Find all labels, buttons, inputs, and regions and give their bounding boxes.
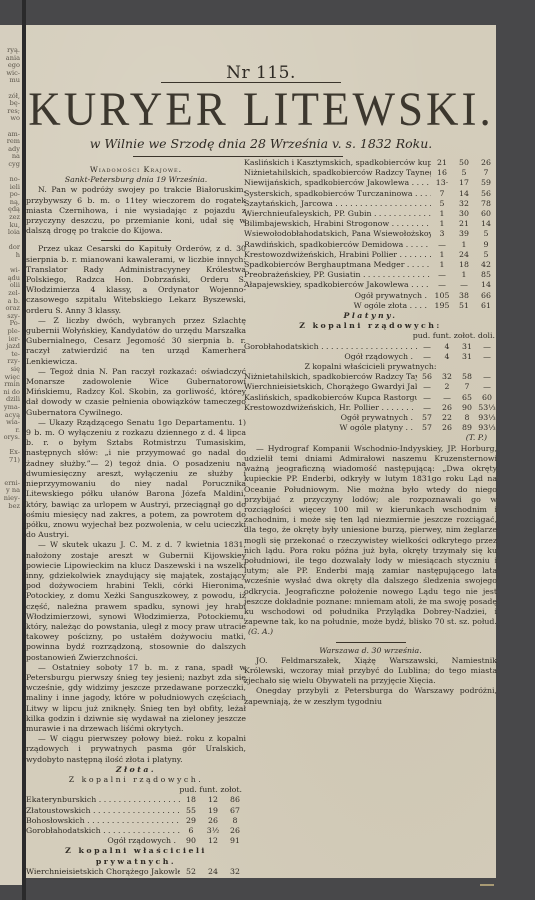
- article-paragraph: — Tegoż dnia N. Pan raczył rozkazać: ośw…: [26, 367, 246, 418]
- signature-tp: (T. P.): [244, 433, 497, 443]
- cell-funt: 50: [453, 158, 475, 168]
- cell-zolot: 31: [457, 352, 477, 362]
- issue-number: Nr 115.: [26, 63, 496, 83]
- table-row: Ogół rządowych .—431—: [244, 352, 497, 362]
- cell-pud: 195: [431, 301, 453, 311]
- cell-doli: 93⅓: [477, 423, 497, 433]
- article-paragraph: — Z liczby dwóch, wybranych przez Szlach…: [26, 316, 246, 367]
- cell-pud: —: [417, 382, 437, 392]
- cell-zolot: 90: [457, 403, 477, 413]
- cell-funt: 4: [437, 352, 457, 362]
- table-row: Niewijańskich, spadkobierców Jakowlewa13…: [244, 178, 497, 188]
- cell-pud: 57: [417, 413, 437, 423]
- cell-zolot: 85: [475, 270, 497, 280]
- table-row: Gorobłahodatskich63½26: [26, 826, 246, 836]
- strip-fragment: orys.: [0, 434, 20, 442]
- plat-units-header: pud. funt. zołot. doli.: [244, 331, 497, 341]
- cell-zolot: 8: [224, 816, 246, 826]
- article-paragraph: Onegday przybyli z Petersburga do Warsza…: [244, 686, 497, 706]
- adjacent-page-strip: ryą.aniaegowic-muzół,bę-res;woam-remadyn…: [0, 25, 22, 885]
- cell-funt: 51: [453, 301, 475, 311]
- cell-zolot: 56: [475, 189, 497, 199]
- cell-zolot: 31: [457, 342, 477, 352]
- cell-zolot: 89: [457, 423, 477, 433]
- cell-doli: —: [477, 342, 497, 352]
- masthead-rule-bottom: [133, 156, 343, 157]
- row-label: Bilimbajewskich, Hrabini Strogonow: [244, 219, 431, 229]
- left-column: Wiadomości Krajowe. Sankt-Petersburg dni…: [26, 165, 246, 877]
- row-label: Wierchnieisietskich Chorążego Jakowlewa: [26, 867, 180, 877]
- gold-heading: Złota.: [26, 765, 246, 775]
- newspaper-title: KURYER LITEWSKI.: [26, 84, 496, 134]
- cell-zolot: 8: [457, 413, 477, 423]
- table-row: Spadkobierców Berghauptmana Medger11842: [244, 260, 497, 270]
- row-label: Wierchnieisietskich, Chorążego Gwardyi J…: [244, 382, 417, 392]
- row-label: Wierchnieufaleyskich, PP. Gubin: [244, 209, 431, 219]
- article-paragraph: — W ciągu pierwszey połowy bież. roku z …: [26, 734, 246, 765]
- cell-doli: —: [477, 382, 497, 392]
- table-row: Bilimbajewskich, Hrabini Strogonow12114: [244, 219, 497, 229]
- gold-state-table: Ekaterynburskich181286Złatoustowskich551…: [26, 795, 246, 846]
- cell-pud: —: [417, 403, 437, 413]
- cell-zolot: 78: [475, 199, 497, 209]
- cell-funt: 2: [437, 382, 457, 392]
- cell-funt: 1: [453, 240, 475, 250]
- cell-funt: 39: [453, 229, 475, 239]
- cell-zolot: 14: [475, 280, 497, 290]
- cell-doli: —: [477, 372, 497, 382]
- cell-funt: 24: [202, 867, 224, 877]
- row-label: Kaslińskich i Kasztymskich, spadkobiercó…: [244, 158, 431, 168]
- cell-pud: 5: [431, 199, 453, 209]
- state-mines-heading: Z kopalni rządowych.: [26, 775, 246, 785]
- table-row: Krestowozdwiżeńskich, Hrabini Pollier124…: [244, 250, 497, 260]
- strip-fragment: bez: [0, 503, 20, 511]
- table-row: Wierchnieisietskich, Chorążego Gwardyi J…: [244, 382, 497, 392]
- cell-funt: 22: [437, 413, 457, 423]
- strip-fragment: wo: [0, 115, 20, 123]
- cell-funt: 14: [453, 189, 475, 199]
- row-label: Ogół rządowych .: [244, 352, 417, 362]
- cell-zolot: 86: [224, 795, 246, 805]
- cell-zolot: 66: [475, 291, 497, 301]
- table-row: Ałapajewskiey, spadkobierców Jakowlewa——…: [244, 280, 497, 290]
- cell-pud: 1: [431, 250, 453, 260]
- cell-funt: 5: [453, 168, 475, 178]
- row-label: Wsiewołodobłahodatskich, Pana Wsiewołożs…: [244, 229, 431, 239]
- cell-funt: 1: [453, 270, 475, 280]
- cell-pud: 57: [417, 423, 437, 433]
- dateline-warsaw: Warszawa d. 30 września.: [244, 646, 497, 656]
- cell-pud: 1: [431, 209, 453, 219]
- article-paragraph: Przez ukaz Cesarski do Kapituły Orderów,…: [26, 244, 246, 315]
- table-row: W ogóle złota . . . .1955161: [244, 301, 497, 311]
- row-label: Ogół prywatnych .: [244, 291, 431, 301]
- signature-ga: (G. A.): [244, 627, 497, 637]
- cell-zolot: 42: [475, 260, 497, 270]
- cell-zolot: 26: [224, 826, 246, 836]
- cell-funt: 4: [437, 342, 457, 352]
- cell-zolot: 32: [224, 867, 246, 877]
- plat-private-table: Niżnietahilskich, spadkobierców Radzcy T…: [244, 372, 497, 433]
- cell-zolot: 58: [457, 372, 477, 382]
- cell-pud: 1: [431, 219, 453, 229]
- cell-zolot: 14: [475, 219, 497, 229]
- table-row: Krestowozdwiżeńskich, Hr. Pollier—269053…: [244, 403, 497, 413]
- cell-funt: 26: [202, 816, 224, 826]
- table-row: Ogół rządowych .901291: [26, 836, 246, 846]
- row-label: Preobrażeńskiey, PP. Gusiatin . .: [244, 270, 431, 280]
- table-row: Ekaterynburskich181286: [26, 795, 246, 805]
- strip-fragment: [0, 465, 20, 473]
- right-column: Kaslińskich i Kasztymskich, spadkobiercó…: [244, 158, 497, 707]
- row-label: Systerskich, spadkobierców Turczaninowa: [244, 189, 431, 199]
- strip-fragment: cyg: [0, 161, 20, 169]
- cell-pud: —: [431, 280, 453, 290]
- table-row: Niżnietahilskich, spadkobierców Radzcy T…: [244, 168, 497, 178]
- cell-zolot: 9: [475, 240, 497, 250]
- table-row: Złatoustowskich551967: [26, 806, 246, 816]
- issue-dateline: w Wilnie we Srzodę dnia 28 Września v. s…: [26, 136, 496, 151]
- cell-funt: 12: [202, 795, 224, 805]
- cell-pud: 55: [180, 806, 202, 816]
- cell-funt: 38: [453, 291, 475, 301]
- table-row: Bohosłowskich29268: [26, 816, 246, 826]
- row-label: Kaslińskich, spadkobierców Kupca Rastorg…: [244, 393, 417, 403]
- cell-funt: 17: [453, 178, 475, 188]
- cell-funt: 32: [437, 372, 457, 382]
- row-label: Ekaterynburskich: [26, 795, 180, 805]
- row-label: Spadkobierców Berghauptmana Medger: [244, 260, 431, 270]
- table-row: Wierchnieisietskich Chorążego Jakowlewa5…: [26, 867, 246, 877]
- table-row: Ogół prywatnych .1053866: [244, 291, 497, 301]
- private-mines-heading: Z kopalni właścicieli prywatnych.: [26, 846, 246, 866]
- cell-pud: 13·: [431, 178, 453, 188]
- row-label: Bohosłowskich: [26, 816, 180, 826]
- cell-pud: —: [417, 352, 437, 362]
- strip-fragment: mu: [0, 77, 20, 85]
- row-label: Krestowozdwiżeńskich, Hrabini Pollier: [244, 250, 431, 260]
- cell-zolot: 60: [475, 209, 497, 219]
- table-row: Niżnietahilskich, spadkobierców Radzcy T…: [244, 372, 497, 382]
- cell-pud: —: [417, 342, 437, 352]
- section-heading: Wiadomości Krajowe.: [26, 165, 246, 175]
- platinum-heading: Platyny.: [244, 311, 497, 321]
- cell-doli: 60: [477, 393, 497, 403]
- cell-pud: 18: [180, 795, 202, 805]
- page-mark: [480, 884, 494, 886]
- cell-zolot: 61: [475, 301, 497, 311]
- cell-pud: 7: [431, 189, 453, 199]
- table-row: Kaslińskich, spadkobierców Kupca Rastorg…: [244, 393, 497, 403]
- cell-zolot: 91: [224, 836, 246, 846]
- row-label: Gorobłahodatskich: [26, 826, 180, 836]
- cell-pud: 105: [431, 291, 453, 301]
- cell-pud: 16: [431, 168, 453, 178]
- cell-pud: 52: [180, 867, 202, 877]
- row-label: Szaytańskich, Jarcowa: [244, 199, 431, 209]
- cell-zolot: 5: [475, 229, 497, 239]
- dateline-petersburg: Sankt-Petersburg dnia 19 Września.: [26, 175, 246, 185]
- table-row: Rawdińskich, spadkobierców Demidowa—19: [244, 240, 497, 250]
- cell-pud: 6: [180, 826, 202, 836]
- article-paragraph: — Ukazy Rządzącego Senatu 1go Departamen…: [26, 418, 246, 540]
- cell-doli: 93⅓: [477, 413, 497, 423]
- cell-funt: 32: [453, 199, 475, 209]
- row-label: Ałapajewskiey, spadkobierców Jakowlewa: [244, 280, 431, 290]
- newspaper-page: Nr 115. KURYER LITEWSKI. w Wilnie we Srz…: [26, 25, 496, 878]
- cell-doli: —: [477, 352, 497, 362]
- cell-zolot: 26: [475, 158, 497, 168]
- cell-pud: —: [431, 240, 453, 250]
- table-row: W ogóle platyny . .57268993⅓: [244, 423, 497, 433]
- plat-state-table: Gorobłahodatskich—431—Ogół rządowych .—4…: [244, 342, 497, 362]
- row-label: Złatoustowskich: [26, 806, 180, 816]
- plat-state-heading: Z kopalni rządowych:: [244, 321, 497, 331]
- gold-private-table: Kaslińskich i Kasztymskich, spadkobiercó…: [244, 158, 497, 311]
- row-label: Niewijańskich, spadkobierców Jakowlewa: [244, 178, 431, 188]
- cell-funt: 30: [453, 209, 475, 219]
- cell-zolot: 7: [457, 382, 477, 392]
- table-row: Szaytańskich, Jarcowa53278: [244, 199, 497, 209]
- article-paragraph: N. Pan w podróży swojey po trakcie Biało…: [26, 185, 246, 236]
- cell-funt: 19: [202, 806, 224, 816]
- strip-fragment: h: [0, 252, 20, 260]
- cell-funt: 18: [453, 260, 475, 270]
- table-row: Kaslińskich i Kasztymskich, spadkobiercó…: [244, 158, 497, 168]
- gold-private-table-start: Wierchnieisietskich Chorążego Jakowlewa5…: [26, 867, 246, 877]
- article-paragraph: — W skutek ukazu J. C. M. z d. 7 kwietni…: [26, 540, 246, 662]
- table-row: Ogół prywatnych .5722893⅓: [244, 413, 497, 423]
- separator-rule: [101, 240, 171, 241]
- cell-doli: 53⅓: [477, 403, 497, 413]
- cell-funt: —: [453, 280, 475, 290]
- cell-funt: 3½: [202, 826, 224, 836]
- cell-zolot: 59: [475, 178, 497, 188]
- row-label: Ogół prywatnych .: [244, 413, 417, 423]
- units-header: pud. funt. zołot.: [26, 785, 246, 795]
- cell-zolot: 67: [224, 806, 246, 816]
- cell-zolot: 5: [475, 250, 497, 260]
- cell-zolot: 65: [457, 393, 477, 403]
- table-row: Preobrażeńskiey, PP. Gusiatin . .—185: [244, 270, 497, 280]
- article-paragraph: — Ostatniey soboty 17 b. m. z rana, spad…: [26, 663, 246, 734]
- row-label: Gorobłahodatskich: [244, 342, 417, 352]
- cell-pud: 21: [431, 158, 453, 168]
- strip-fragment: loia: [0, 229, 20, 237]
- row-label: Niżnietahilskich, spadkobierców Radzcy T…: [244, 168, 431, 178]
- row-label: W ogóle platyny . .: [244, 423, 417, 433]
- cell-pud: 3: [431, 229, 453, 239]
- row-label: Ogół rządowych .: [26, 836, 180, 846]
- row-label: Krestowozdwiżeńskich, Hr. Pollier: [244, 403, 417, 413]
- cell-pud: 29: [180, 816, 202, 826]
- table-row: Systerskich, spadkobierców Turczaninowa7…: [244, 189, 497, 199]
- plat-private-heading: Z kopalni właścicieli prywatnych:: [244, 362, 497, 372]
- strip-fragment: 71): [0, 457, 20, 465]
- separator-rule: [336, 642, 406, 643]
- row-label: Rawdińskich, spadkobierców Demidowa: [244, 240, 431, 250]
- table-row: Gorobłahodatskich—431—: [244, 342, 497, 352]
- cell-funt: 26: [437, 423, 457, 433]
- cell-funt: —: [437, 393, 457, 403]
- cell-funt: 26: [437, 403, 457, 413]
- cell-pud: 90: [180, 836, 202, 846]
- cell-pud: 1: [431, 260, 453, 270]
- cell-funt: 12: [202, 836, 224, 846]
- article-paragraph: — Hydrograf Kompanii Wschodnio-Indyyskie…: [244, 444, 497, 628]
- row-label: Niżnietahilskich, spadkobierców Radzcy T…: [244, 372, 417, 382]
- cell-funt: 21: [453, 219, 475, 229]
- table-row: Wierchnieufaleyskich, PP. Gubin13060: [244, 209, 497, 219]
- cell-funt: 24: [453, 250, 475, 260]
- cell-pud: 56: [417, 372, 437, 382]
- table-row: Wsiewołodobłahodatskich, Pana Wsiewołożs…: [244, 229, 497, 239]
- article-paragraph: JO. Feldmarszałek, Xiążę Warszawski, Nam…: [244, 656, 497, 687]
- cell-pud: —: [417, 393, 437, 403]
- cell-pud: —: [431, 270, 453, 280]
- masthead: Nr 115. KURYER LITEWSKI. w Wilnie we Srz…: [26, 25, 496, 160]
- row-label: W ogóle złota . . . .: [244, 301, 431, 311]
- cell-zolot: 7: [475, 168, 497, 178]
